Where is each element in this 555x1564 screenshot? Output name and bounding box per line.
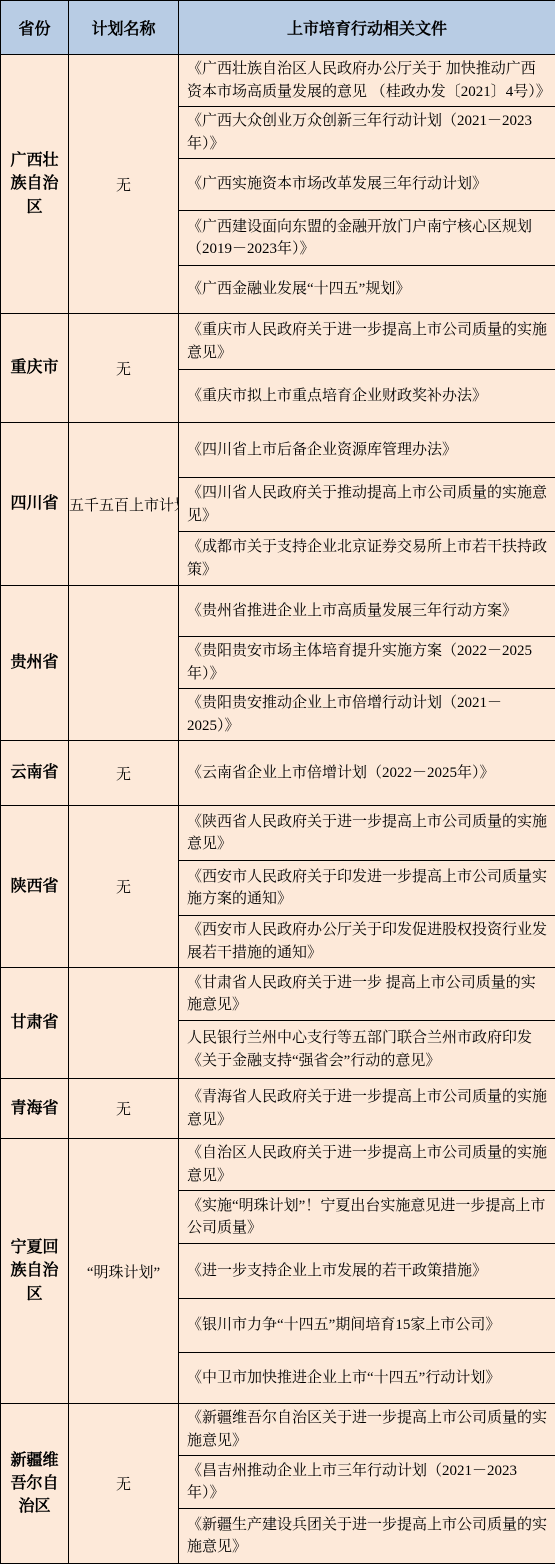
plan-name-cell: 无: [69, 1404, 179, 1564]
document-cell: 《重庆市拟上市重点培育企业财政奖补办法》: [179, 370, 555, 423]
document-cell: 《四川省人民政府关于推动提高上市公司质量的实施意见》: [179, 478, 555, 532]
document-page: 省份 计划名称 上市培育行动相关文件 广西壮族自治区无《广西壮族自治区人民政府办…: [0, 0, 555, 1564]
document-cell: 《成都市关于支持企业北京证券交易所上市若干扶持政策》: [179, 532, 555, 586]
table-row: 广西壮族自治区无《广西壮族自治区人民政府办公厅关于 加快推动广西资本市场高质量发…: [1, 55, 555, 107]
document-cell: 《实施“明珠计划”！宁夏出台实施意见进一步提高上市公司质量》: [179, 1191, 555, 1244]
document-cell: 《广西大众创业万众创新三年行动计划（2021－2023年）》: [179, 107, 555, 159]
table-row: 云南省无《云南省企业上市倍增计划（2022－2025年）》: [1, 741, 555, 806]
document-cell: 《广西实施资本市场改革发展三年行动计划》: [179, 159, 555, 211]
document-cell: 《甘肃省人民政府关于进一步 提高上市公司质量的实施意见》: [179, 968, 555, 1021]
document-cell: 《广西金融业发展“十四五”规划》: [179, 266, 555, 314]
document-cell: 《青海省人民政府关于进一步提高上市公司质量的实施意见》: [179, 1079, 555, 1139]
plan-name-cell: 无: [69, 741, 179, 806]
col-header-plan-name: 计划名称: [69, 1, 179, 55]
plan-name-cell: 无: [69, 55, 179, 314]
document-cell: 《贵州省推进企业上市高质量发展三年行动方案》: [179, 586, 555, 637]
col-header-province: 省份: [1, 1, 69, 55]
document-cell: 《广西壮族自治区人民政府办公厅关于 加快推动广西资本市场高质量发展的意见 （桂政…: [179, 55, 555, 107]
plan-name-cell: 五千五百上市计划: [69, 423, 179, 586]
plan-name-cell: 无: [69, 1079, 179, 1139]
document-cell: 《西安市人民政府办公厅关于印发促进股权投资行业发展若干措施的通知》: [179, 916, 555, 968]
plan-name-cell: 无: [69, 806, 179, 968]
document-cell: 人民银行兰州中心支行等五部门联合兰州市政府印发《关于金融支持“强省会”行动的意见…: [179, 1021, 555, 1079]
table-row: 四川省五千五百上市计划《四川省上市后备企业资源库管理办法》: [1, 423, 555, 478]
table-row: 甘肃省《甘肃省人民政府关于进一步 提高上市公司质量的实施意见》: [1, 968, 555, 1021]
document-cell: 《自治区人民政府关于进一步提高上市公司质量的实施意见》: [179, 1139, 555, 1191]
table-row: 新疆维吾尔自治区无《新疆维吾尔自治区关于进一步提高上市公司质量的实施意见》: [1, 1404, 555, 1456]
document-cell: 《昌吉州推动企业上市三年行动计划（2021－2023年）》: [179, 1456, 555, 1509]
col-header-documents: 上市培育行动相关文件: [179, 1, 555, 55]
document-cell: 《四川省上市后备企业资源库管理办法》: [179, 423, 555, 478]
document-cell: 《新疆维吾尔自治区关于进一步提高上市公司质量的实施意见》: [179, 1404, 555, 1456]
document-cell: 《中卫市加快推进企业上市“十四五”行动计划》: [179, 1353, 555, 1404]
province-cell: 陕西省: [1, 806, 69, 968]
document-cell: 《西安市人民政府关于印发进一步提高上市公司质量实施方案的通知》: [179, 861, 555, 916]
province-cell: 四川省: [1, 423, 69, 586]
plan-name-cell: 无: [69, 314, 179, 423]
document-cell: 《云南省企业上市倍增计划（2022－2025年）》: [179, 741, 555, 806]
document-cell: 《新疆生产建设兵团关于进一步提高上市公司质量的实施意见》: [179, 1509, 555, 1564]
plan-name-cell: “明珠计划”: [69, 1139, 179, 1404]
plan-name-cell: [69, 586, 179, 741]
table-row: 重庆市无《重庆市人民政府关于进一步提高上市公司质量的实施意见》: [1, 314, 555, 370]
plan-name-cell: [69, 968, 179, 1079]
province-cell: 贵州省: [1, 586, 69, 741]
document-cell: 《贵阳贵安市场主体培育提升实施方案（2022－2025年）》: [179, 637, 555, 689]
document-cell: 《陕西省人民政府关于进一步提高上市公司质量的实施意见》: [179, 806, 555, 861]
header-row: 省份 计划名称 上市培育行动相关文件: [1, 1, 555, 55]
table-header: 省份 计划名称 上市培育行动相关文件: [1, 1, 555, 55]
province-cell: 宁夏回族自治区: [1, 1139, 69, 1404]
table-body: 广西壮族自治区无《广西壮族自治区人民政府办公厅关于 加快推动广西资本市场高质量发…: [1, 55, 555, 1564]
province-cell: 重庆市: [1, 314, 69, 423]
table-row: 青海省无《青海省人民政府关于进一步提高上市公司质量的实施意见》: [1, 1079, 555, 1139]
document-cell: 《银川市力争“十四五”期间培育15家上市公司》: [179, 1299, 555, 1353]
document-cell: 《广西建设面向东盟的金融开放门户南宁核心区规划（2019－2023年）》: [179, 211, 555, 266]
document-cell: 《重庆市人民政府关于进一步提高上市公司质量的实施意见》: [179, 314, 555, 370]
province-cell: 甘肃省: [1, 968, 69, 1079]
table-row: 陕西省无《陕西省人民政府关于进一步提高上市公司质量的实施意见》: [1, 806, 555, 861]
document-cell: 《贵阳贵安推动企业上市倍增行动计划（2021－2025）》: [179, 689, 555, 741]
document-cell: 《进一步支持企业上市发展的若干政策措施》: [179, 1244, 555, 1299]
listing-cultivation-table: 省份 计划名称 上市培育行动相关文件 广西壮族自治区无《广西壮族自治区人民政府办…: [0, 0, 555, 1564]
province-cell: 青海省: [1, 1079, 69, 1139]
table-row: 宁夏回族自治区“明珠计划”《自治区人民政府关于进一步提高上市公司质量的实施意见》: [1, 1139, 555, 1191]
province-cell: 新疆维吾尔自治区: [1, 1404, 69, 1564]
province-cell: 云南省: [1, 741, 69, 806]
province-cell: 广西壮族自治区: [1, 55, 69, 314]
table-row: 贵州省《贵州省推进企业上市高质量发展三年行动方案》: [1, 586, 555, 637]
